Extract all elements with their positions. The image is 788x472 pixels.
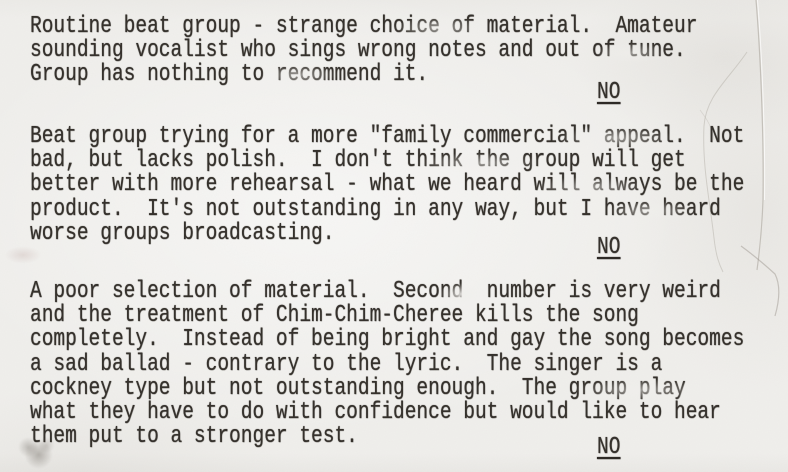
review-paragraph-3: A poor selection of material. Second num… (30, 280, 774, 449)
verdict-no-3: NO (597, 436, 620, 460)
verdict-no-1: NO (597, 81, 620, 105)
verdict-no-2: NO (597, 236, 620, 260)
review-paragraph-2: Beat group trying for a more "family com… (30, 125, 774, 246)
review-paragraph-1: Routine beat group - strange choice of m… (30, 15, 774, 88)
scanned-review-sheet: Routine beat group - strange choice of m… (0, 0, 788, 472)
paper-stain (0, 244, 46, 266)
